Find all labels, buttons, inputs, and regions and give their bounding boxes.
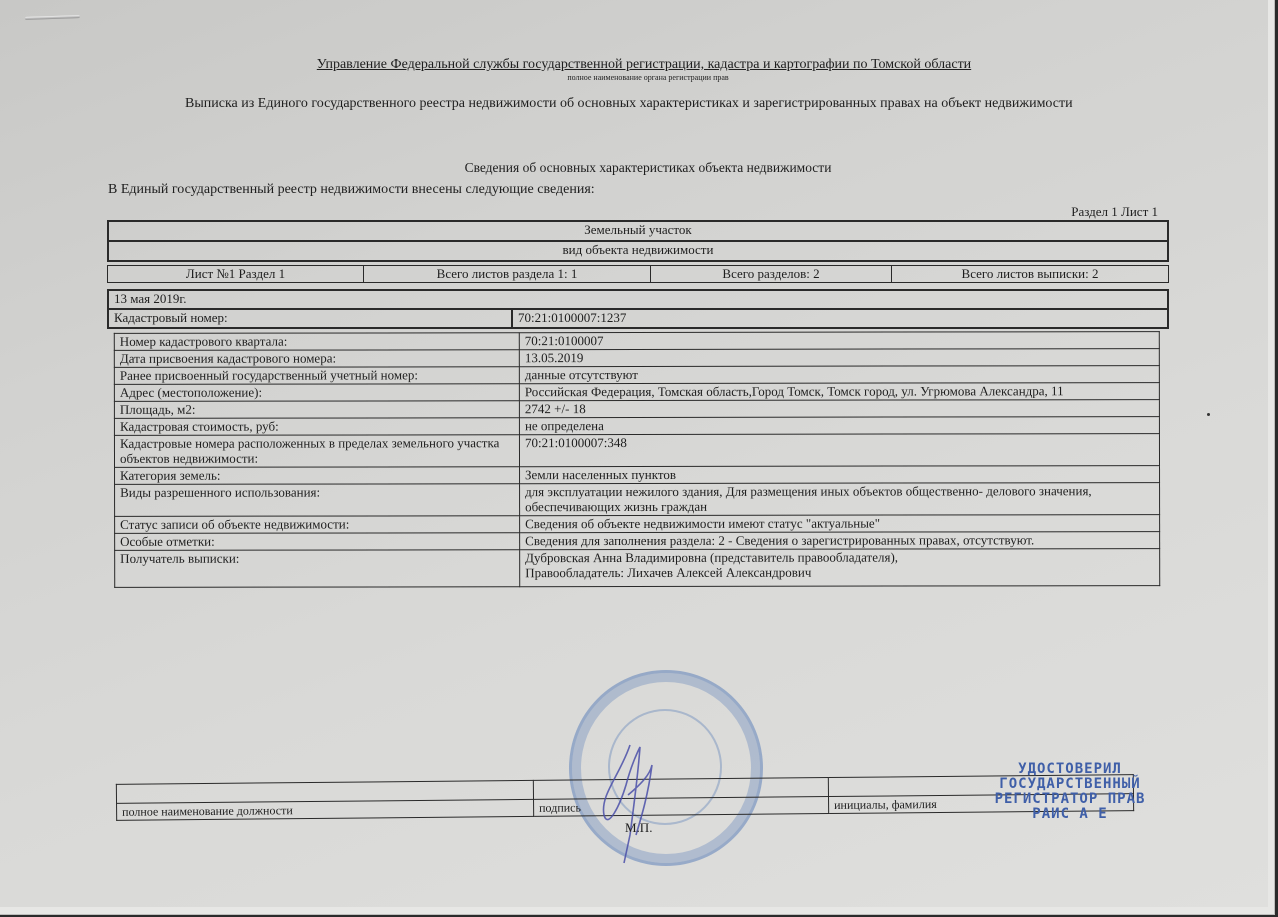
staple-icon — [25, 15, 80, 20]
organization-name: Управление Федеральной службы государств… — [0, 57, 1278, 73]
table-row: Ранее присвоенный государственный учетны… — [114, 366, 1159, 385]
property-value: Дубровская Анна Владимировна (представит… — [520, 549, 1160, 587]
record-date: 13 мая 2019г. — [108, 290, 1168, 309]
table-row: Дата присвоения кадастрового номера:13.0… — [114, 349, 1159, 368]
table-row: Площадь, м2:2742 +/- 18 — [114, 400, 1159, 419]
sections-total: Всего разделов: 2 — [651, 266, 892, 283]
property-value: Российская Федерация, Томская область,Го… — [519, 383, 1159, 401]
object-type-caption: вид объекта недвижимости — [108, 241, 1168, 261]
property-value: 70:21:0100007:348 — [519, 434, 1159, 467]
sheet-number: Лист №1 Раздел 1 — [108, 266, 364, 283]
property-label: Площадь, м2: — [114, 401, 519, 419]
section-title: Сведения об основных характеристиках объ… — [0, 160, 1278, 176]
property-label: Получатель выписки: — [115, 550, 520, 588]
property-value: 2742 +/- 18 — [519, 400, 1159, 418]
object-type: Земельный участок — [108, 221, 1168, 241]
property-value: для эксплуатации нежилого здания, Для ра… — [520, 483, 1160, 516]
speck — [1207, 413, 1210, 416]
owner-line: Правообладатель: Лихачев Алексей Алексан… — [525, 564, 1154, 580]
table-row: Получатель выписки: Дубровская Анна Влад… — [115, 549, 1160, 588]
property-label: Особые отметки: — [115, 533, 520, 551]
property-label: Категория земель: — [115, 467, 520, 485]
table-row: Категория земель:Земли населенных пункто… — [115, 466, 1160, 485]
property-label: Дата присвоения кадастрового номера: — [114, 350, 519, 368]
object-type-table: Земельный участок вид объекта недвижимос… — [107, 220, 1169, 262]
property-value: Земли населенных пунктов — [520, 466, 1160, 484]
table-row: Виды разрешенного использования:для эксп… — [115, 483, 1160, 517]
property-value: не определена — [519, 417, 1159, 435]
table-row: Кадастровые номера расположенных в преде… — [114, 434, 1159, 468]
property-value: Сведения для заполнения раздела: 2 - Све… — [520, 532, 1160, 550]
section-intro: В Единый государственный реестр недвижим… — [108, 182, 595, 198]
property-label: Номер кадастрового квартала: — [114, 333, 519, 351]
property-value: Сведения об объекте недвижимости имеют с… — [520, 515, 1160, 533]
sheets-in-section: Всего листов раздела 1: 1 — [364, 266, 651, 283]
property-value: данные отсутствуют — [519, 366, 1159, 384]
sheet-reference: Раздел 1 Лист 1 — [1071, 204, 1158, 220]
position-caption: полное наименование должности — [117, 799, 534, 820]
property-label: Статус записи об объекте недвижимости: — [115, 516, 520, 534]
property-label: Ранее присвоенный государственный учетны… — [114, 367, 519, 385]
sheet-info-table: Лист №1 Раздел 1 Всего листов раздела 1:… — [107, 265, 1169, 283]
properties-table: Номер кадастрового квартала:70:21:010000… — [114, 331, 1160, 588]
seal-caption: М.П. — [625, 820, 652, 836]
table-row: Статус записи об объекте недвижимости:Св… — [115, 515, 1160, 534]
organization-caption: полное наименование органа регистрации п… — [0, 73, 1278, 82]
recipient-line: Дубровская Анна Владимировна (представит… — [525, 549, 1154, 565]
signature-caption: подпись — [534, 797, 829, 817]
table-row: Адрес (местоположение):Российская Федера… — [114, 383, 1159, 402]
table-row: Номер кадастрового квартала:70:21:010000… — [114, 332, 1159, 351]
table-row: Особые отметки:Сведения для заполнения р… — [115, 532, 1160, 551]
sheets-total: Всего листов выписки: 2 — [892, 266, 1169, 283]
property-label: Адрес (местоположение): — [114, 384, 519, 402]
registrar-stamp: УДОСТОВЕРИЛ ГОСУДАРСТВЕННЫЙ РЕГИСТРАТОР … — [980, 762, 1160, 822]
handwritten-signature-icon — [590, 735, 670, 865]
property-label: Виды разрешенного использования: — [115, 484, 520, 517]
cadastral-number-value: 70:21:0100007:1237 — [512, 309, 1168, 328]
property-label: Кадастровая стоимость, руб: — [114, 418, 519, 436]
document-title: Выписка из Единого государственного реес… — [185, 96, 1073, 112]
property-value: 13.05.2019 — [519, 349, 1159, 367]
document-page: Управление Федеральной службы государств… — [0, 0, 1268, 907]
property-label: Кадастровые номера расположенных в преде… — [114, 435, 519, 468]
table-row: Кадастровая стоимость, руб:не определена — [114, 417, 1159, 436]
cadastral-number-label: Кадастровый номер: — [108, 309, 512, 328]
record-header-table: 13 мая 2019г. Кадастровый номер: 70:21:0… — [107, 289, 1169, 329]
property-value: 70:21:0100007 — [519, 332, 1159, 350]
